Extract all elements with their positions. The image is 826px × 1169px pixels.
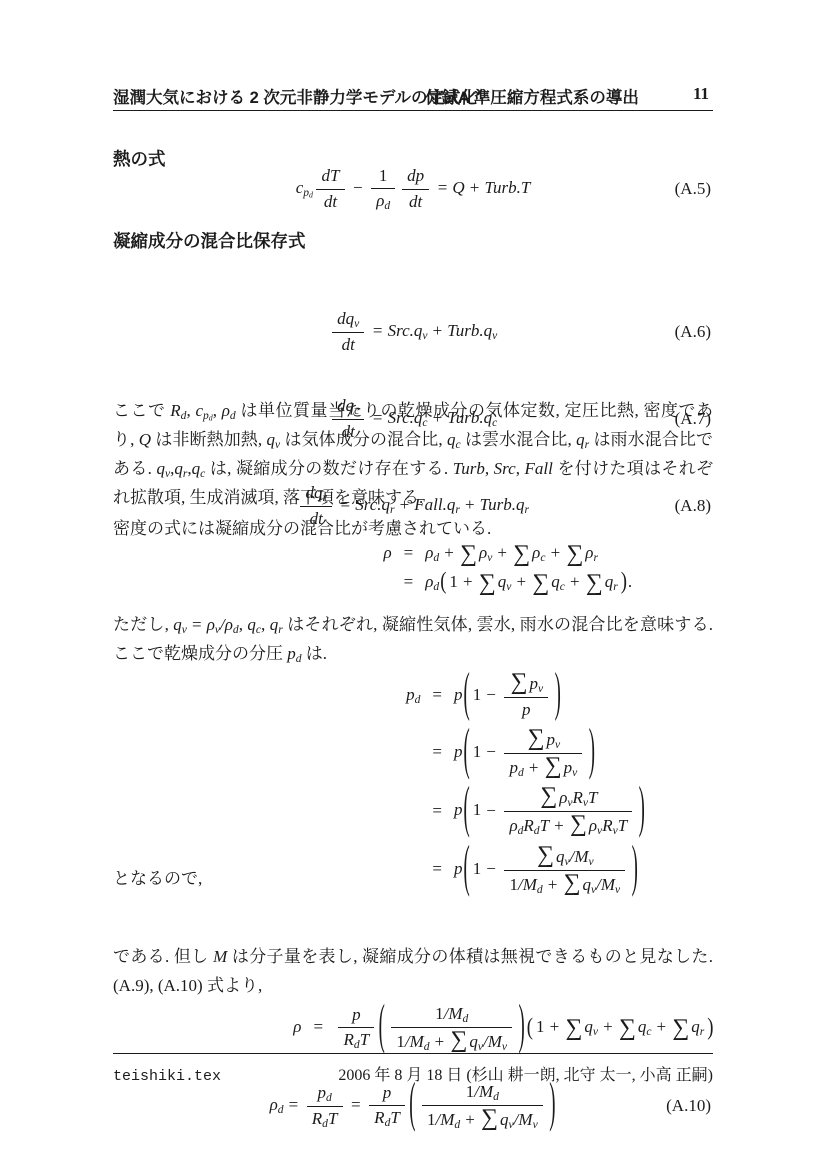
eq-relation: = [392, 540, 426, 569]
spacer [113, 724, 406, 783]
pd-row-2: = p(1−∑pvpd+∑pv) [113, 724, 826, 783]
equation-a9: ρ = ρd+∑ρv+∑ρc+∑ρr = ρd(1+∑qv+∑qc+∑qr). … [113, 540, 826, 597]
eq-lhs [406, 724, 420, 783]
eq-rhs: ρd(1+∑qv+∑qc+∑qr). [425, 569, 632, 598]
spacer [113, 1000, 293, 1057]
footer-row: teishiki.tex 2006 年 8 月 18 日 (杉山 耕一朗, 北守… [113, 1062, 713, 1085]
footer-rule [113, 1053, 713, 1054]
pd-row-3: = p(1−∑ρvRvTρdRdT+∑ρvRvT) [113, 782, 826, 841]
page-footer: teishiki.tex 2006 年 8 月 18 日 (杉山 耕一朗, 北守… [113, 1055, 713, 1085]
equation-a6-number: (A.6) [675, 322, 711, 342]
eq-rhs: pRdT(1/Md1/Md+∑qv/Mv)(1+∑qv+∑qc+∑qr) [335, 1000, 714, 1057]
equation-a10: ρd=pdRdT=pRdT(1/Md1/Md+∑qv/Mv) (A.10) [113, 1078, 713, 1134]
equation-a5: cpddTdt−1ρddpdt=Q+Turb.T (A.5) [113, 162, 713, 216]
paragraph-therefore: となるので, [113, 864, 713, 893]
equation-a9-row-2: = ρd(1+∑qv+∑qc+∑qr). (A.9) [113, 569, 826, 598]
spacer [113, 569, 383, 598]
header-rule [113, 110, 713, 111]
paragraph-mixing-ratio-note: ただし, qv=ρv/ρd, qc, qr はそれぞれ, 凝縮性気体, 雲水, … [113, 610, 713, 668]
footer-filename: teishiki.tex [113, 1068, 221, 1085]
spacer [715, 1000, 826, 1057]
eq-relation: = [420, 724, 454, 783]
eq-rhs: p(1−∑ρvRvTρdRdT+∑ρvRvT) [454, 782, 646, 841]
eq-relation: = [420, 782, 454, 841]
equation-a6-body: dqvdt=Src.qv+Turb.qv [329, 308, 498, 356]
section-heading-mixing: 凝縮成分の混合比保存式 [113, 228, 713, 253]
equation-a10-number: (A.10) [666, 1096, 711, 1116]
spacer [646, 724, 826, 783]
paragraph-definitions: ここで Rd, cpd, ρd は単位質量当たりの乾燥成分の気体定数, 定圧比熱… [113, 396, 713, 512]
eq-relation: = [420, 668, 454, 724]
eq-lhs [406, 782, 420, 841]
equation-a11-row: ρ = pRdT(1/Md1/Md+∑qv/Mv)(1+∑qv+∑qc+∑qr)… [113, 1000, 826, 1057]
header-title-right: 付録A 準圧縮方程式系の導出 [425, 84, 639, 108]
equation-a5-number: (A.5) [675, 179, 711, 199]
eq-lhs: pd [406, 668, 420, 724]
eq-rhs: ρd+∑ρv+∑ρc+∑ρr [425, 540, 632, 569]
spacer [646, 782, 826, 841]
paragraph-density-intro: 密度の式には凝縮成分の混合比が考慮されている. [113, 514, 713, 543]
document-page: 湿潤大気における 2 次元非静力学モデルの定式化 付録A 準圧縮方程式系の導出 … [0, 0, 826, 1169]
pd-row-1: pd = p(1−∑pvp) [113, 668, 826, 724]
eq-lhs: ρ [383, 540, 391, 569]
spacer [113, 668, 406, 724]
equation-a9-row-1: ρ = ρd+∑ρv+∑ρc+∑ρr [113, 540, 826, 569]
equation-a5-body: cpddTdt−1ρddpdt=Q+Turb.T [296, 165, 531, 213]
spacer [113, 782, 406, 841]
eq-rhs: p(1−∑pvpd+∑pv) [454, 724, 646, 783]
eq-relation: = [392, 569, 426, 598]
paragraph-molecular-weight: である. 但し M は分子量を表し, 凝縮成分の体積は無視できるものと見なした.… [113, 942, 713, 1000]
spacer [646, 668, 826, 724]
eq-rhs: p(1−∑pvp) [454, 668, 646, 724]
spacer [113, 540, 383, 569]
eq-relation: = [301, 1000, 335, 1057]
header-page-number: 11 [693, 84, 709, 104]
spacer [632, 569, 826, 598]
spacer [632, 540, 826, 569]
eq-lhs [383, 569, 391, 598]
equation-a11: ρ = pRdT(1/Md1/Md+∑qv/Mv)(1+∑qv+∑qc+∑qr)… [113, 1000, 826, 1057]
eq-lhs: ρ [293, 1000, 301, 1057]
header-title-left: 湿潤大気における 2 次元非静力学モデルの定式化 [113, 84, 477, 108]
equation-a10-body: ρd=pdRdT=pRdT(1/Md1/Md+∑qv/Mv) [270, 1081, 557, 1132]
footer-date-authors: 2006 年 8 月 18 日 (杉山 耕一朗, 北守 太一, 小高 正嗣) [338, 1062, 713, 1085]
page-header: 湿潤大気における 2 次元非静力学モデルの定式化 付録A 準圧縮方程式系の導出 … [113, 84, 713, 108]
equation-a6: dqvdt=Src.qv+Turb.qv (A.6) [113, 309, 713, 355]
